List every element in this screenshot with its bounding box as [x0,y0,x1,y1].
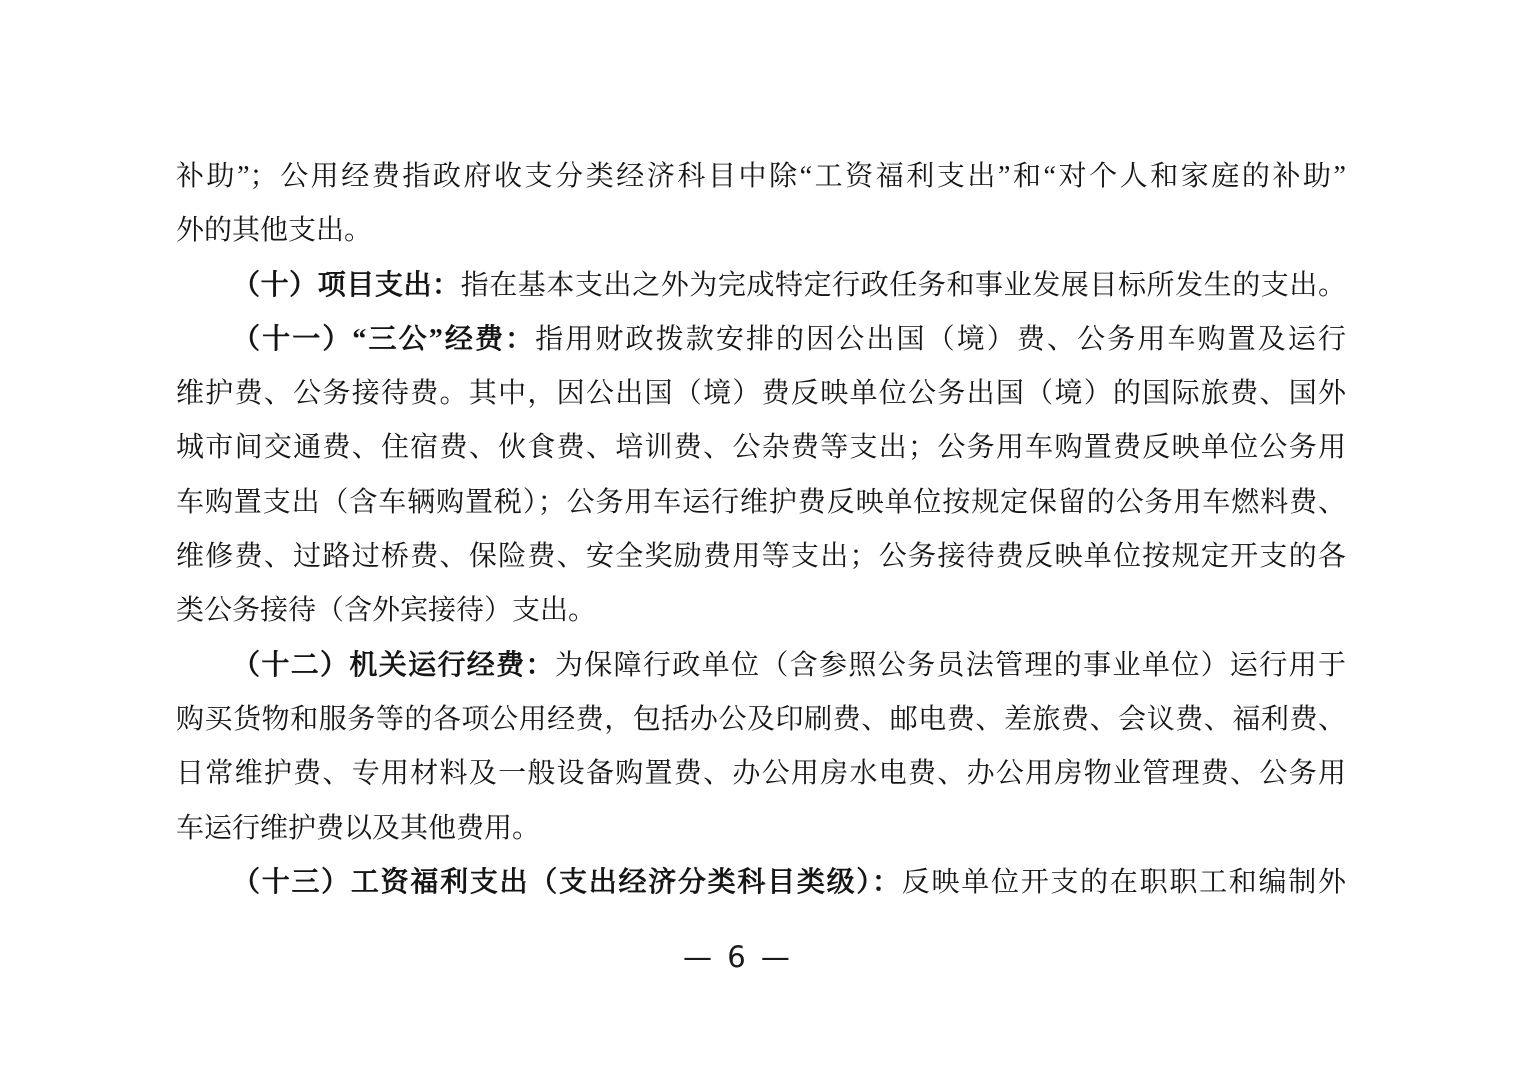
body-text: 城市间交通费、住宿费、伙食费、培训费、公杂费等支出；公务用车购置费反映单位公务用 [176,432,1346,463]
body-text: 购买货物和服务等的各项公用经费，包括办公及印刷费、邮电费、差旅费、会议费、福利费… [176,704,1346,735]
body-text: 车运行维护费以及其他费用。 [176,813,540,844]
text-line: 城市间交通费、住宿费、伙食费、培训费、公杂费等支出；公务用车购置费反映单位公务用 [176,421,1346,475]
term-label: （十一）“三公”经费： [232,324,535,355]
body-text: 日常维护费、专用材料及一般设备购置费、办公用房水电费、办公用房物业管理费、公务用 [176,758,1346,789]
body-text: 车购置支出（含车辆购置税）；公务用车运行维护费反映单位按规定保留的公务用车燃料费… [176,487,1346,518]
page-number: — 6 — [0,937,1520,977]
body-text: 维修费、过路过桥费、保险费、安全奖励费用等支出；公务接待费反映单位按规定开支的各 [176,541,1346,572]
text-line: 维护费、公务接待费。其中，因公出国（境）费反映单位公务出国（境）的国际旅费、国外 [176,367,1346,421]
document-page: 补助”；公用经费指政府收支分类经济科目中除“工资福利支出”和“对个人和家庭的补助… [0,0,1520,1074]
term-label: （十）项目支出： [232,270,461,301]
text-line: 外的其他支出。 [176,204,1346,258]
text-line: 维修费、过路过桥费、保险费、安全奖励费用等支出；公务接待费反映单位按规定开支的各 [176,530,1346,584]
term-label: （十二）机关运行经费： [232,650,555,681]
body-text: 为保障行政单位（含参照公务员法管理的事业单位）运行用于 [555,650,1346,681]
document-body: 补助”；公用经费指政府收支分类经济科目中除“工资福利支出”和“对个人和家庭的补助… [176,150,1346,910]
body-text: 类公务接待（含外宾接待）支出。 [176,595,596,626]
term-label: （十三）工资福利支出（支出经济分类科目类级）： [232,867,902,898]
text-line: （十）项目支出：指在基本支出之外为完成特定行政任务和事业发展目标所发生的支出。 [176,259,1346,313]
body-text: 指用财政拨款安排的因公出国（境）费、公务用车购置及运行 [535,324,1346,355]
body-text: 维护费、公务接待费。其中，因公出国（境）费反映单位公务出国（境）的国际旅费、国外 [176,378,1346,409]
body-text: 补助”；公用经费指政府收支分类经济科目中除“工资福利支出”和“对个人和家庭的补助… [176,161,1346,192]
text-line: 补助”；公用经费指政府收支分类经济科目中除“工资福利支出”和“对个人和家庭的补助… [176,150,1346,204]
text-line: 日常维护费、专用材料及一般设备购置费、办公用房水电费、办公用房物业管理费、公务用 [176,747,1346,801]
text-line: 类公务接待（含外宾接待）支出。 [176,584,1346,638]
body-text: 反映单位开支的在职职工和编制外 [902,867,1346,898]
text-line: 车运行维护费以及其他费用。 [176,802,1346,856]
body-text: 指在基本支出之外为完成特定行政任务和事业发展目标所发生的支出。 [461,270,1346,301]
text-line: （十三）工资福利支出（支出经济分类科目类级）：反映单位开支的在职职工和编制外 [176,856,1346,910]
text-line: 车购置支出（含车辆购置税）；公务用车运行维护费反映单位按规定保留的公务用车燃料费… [176,476,1346,530]
text-line: （十二）机关运行经费：为保障行政单位（含参照公务员法管理的事业单位）运行用于 [176,639,1346,693]
text-line: 购买货物和服务等的各项公用经费，包括办公及印刷费、邮电费、差旅费、会议费、福利费… [176,693,1346,747]
text-line: （十一）“三公”经费：指用财政拨款安排的因公出国（境）费、公务用车购置及运行 [176,313,1346,367]
body-text: 外的其他支出。 [176,215,372,246]
